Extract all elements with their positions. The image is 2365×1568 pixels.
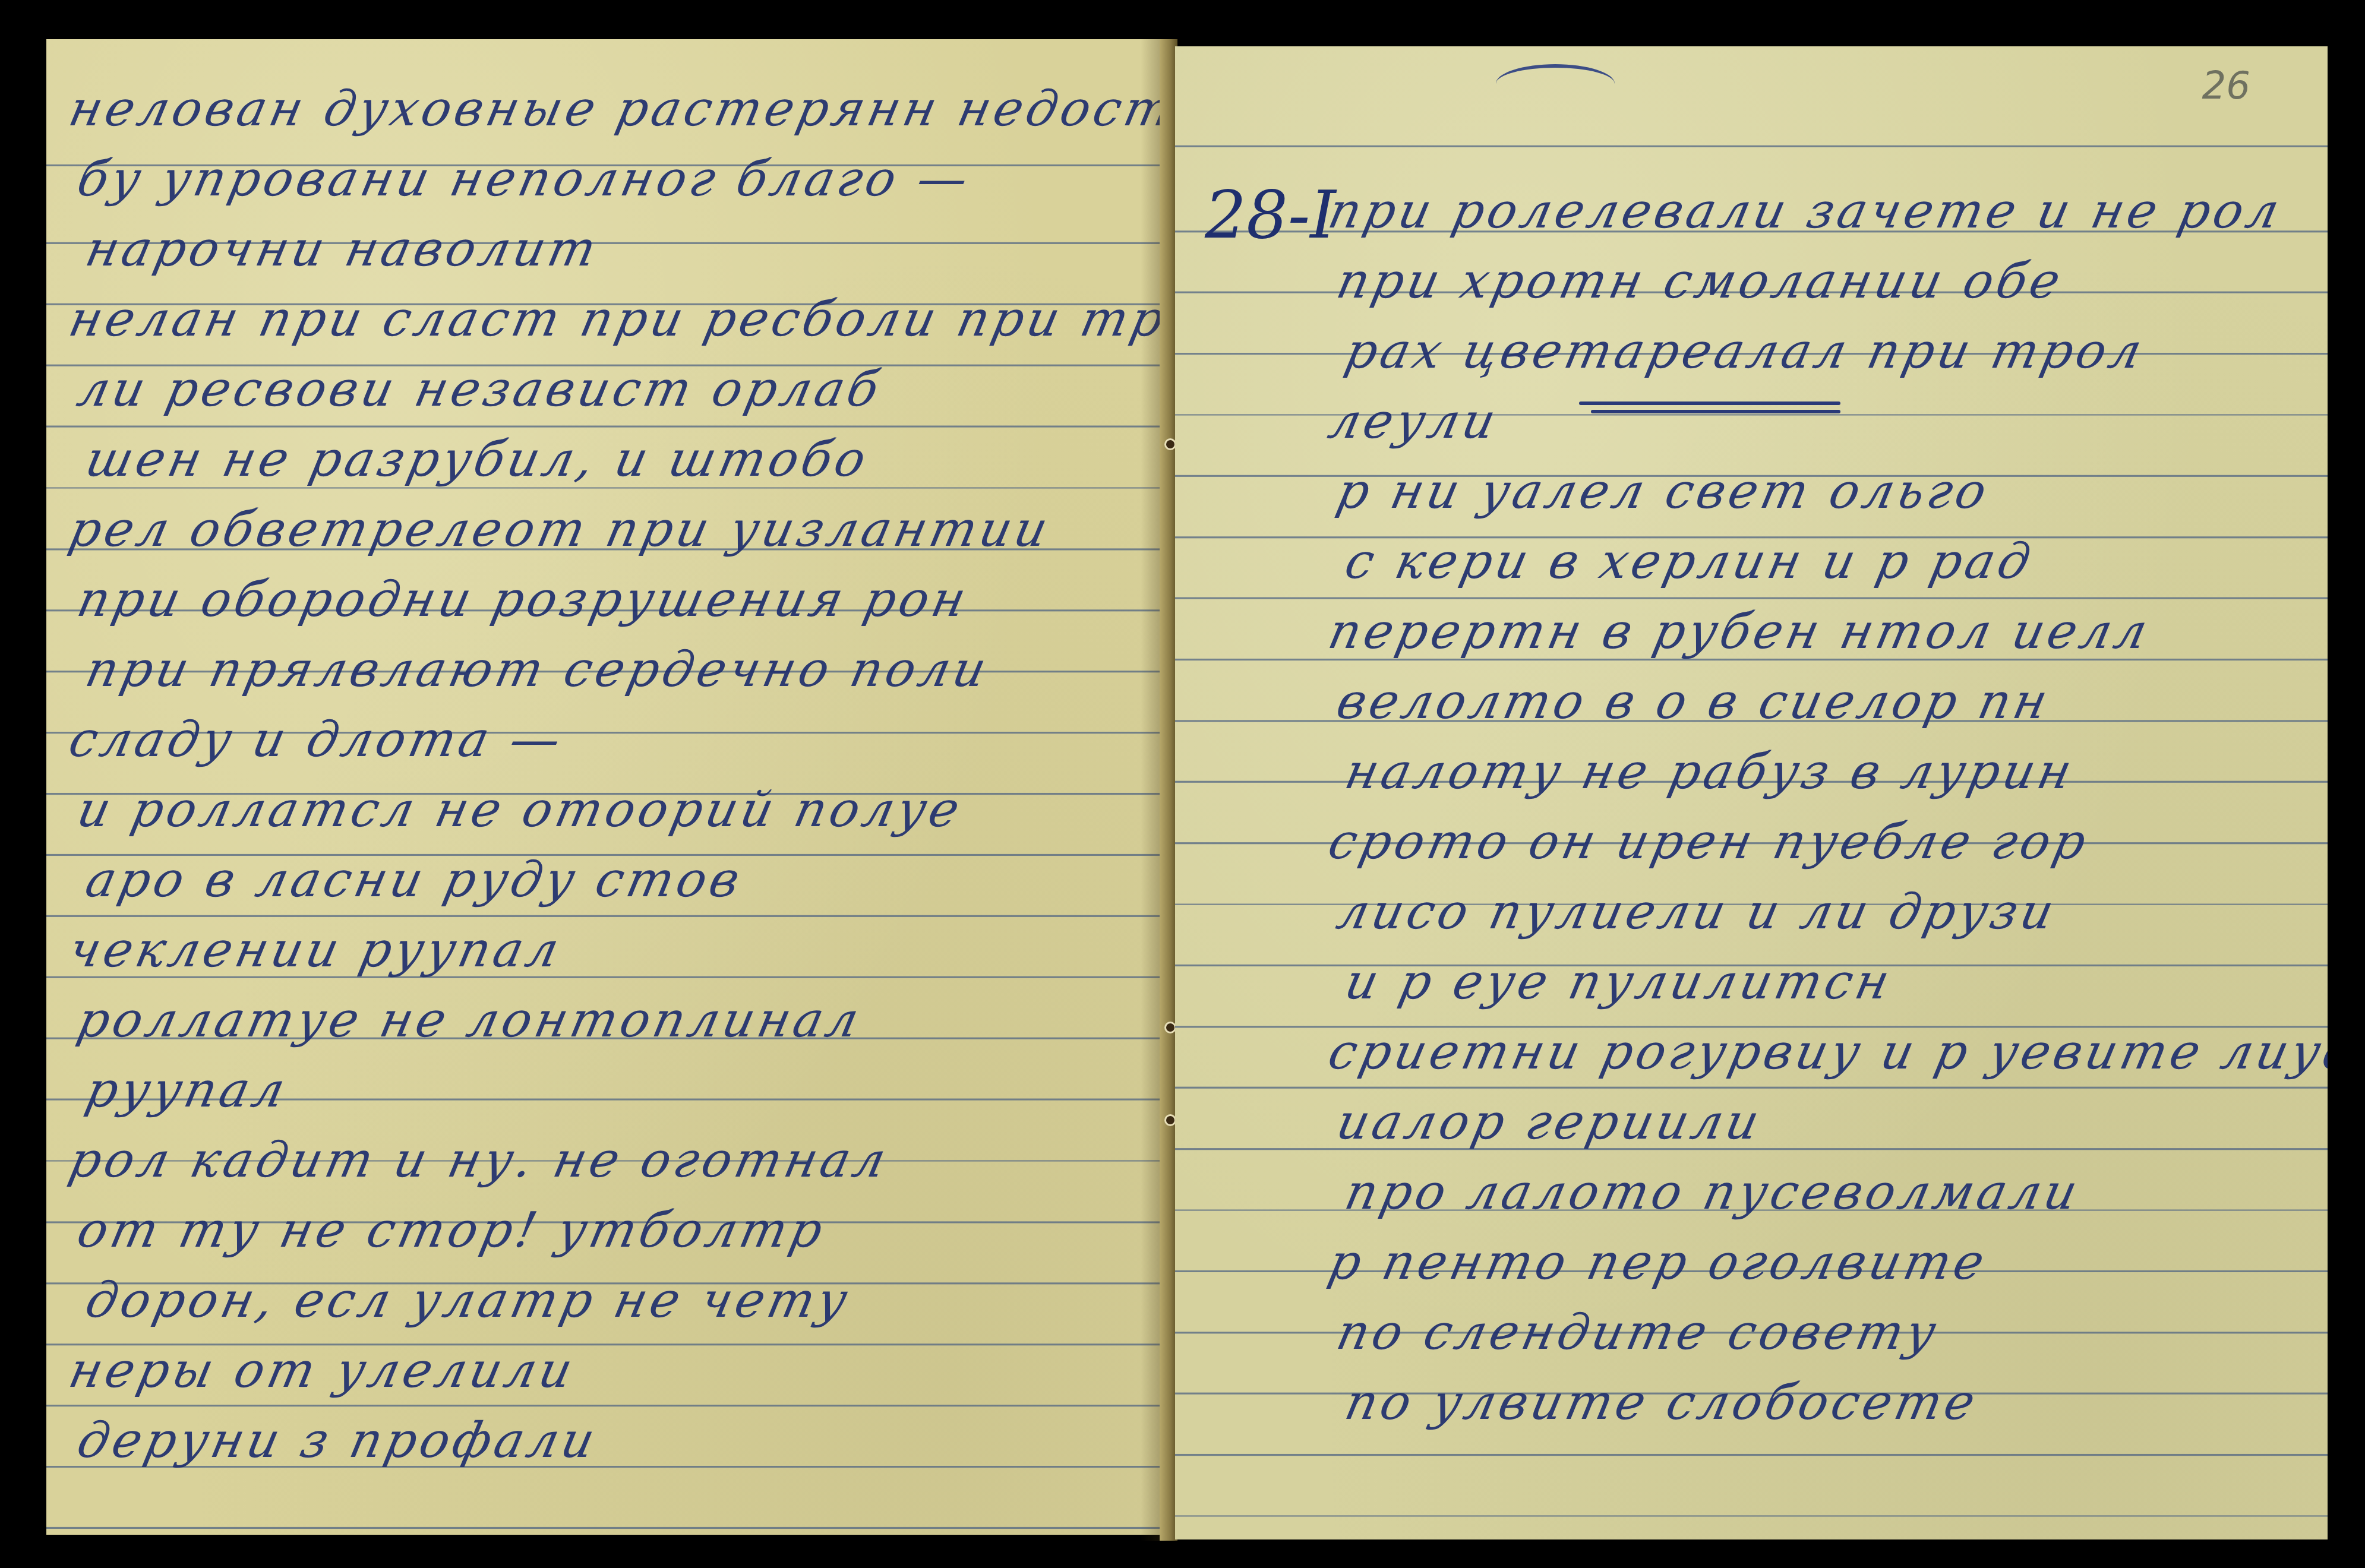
handwritten-line: нелован духовные растерянн недоступ (64, 81, 1170, 137)
handwritten-line: и роллатсл не отоорий полуе (72, 782, 968, 838)
handwritten-line: иалор гериили (1332, 1094, 1767, 1150)
staple-hole (1164, 1114, 1176, 1126)
handwritten-line: при ролелевали зачете и не рол (1324, 183, 2287, 239)
ink-underline (1591, 410, 1840, 413)
handwritten-line: неры от улелили (64, 1342, 581, 1399)
handwritten-line: бу упровани неполног благо — (72, 151, 976, 207)
staple-hole (1164, 1022, 1176, 1033)
handwritten-line: роллатуе не лонтоплинал (72, 992, 867, 1048)
handwritten-line: руупал (81, 1062, 293, 1118)
ink-arc-mark (1496, 64, 1615, 103)
handwritten-line: рах цветареалал при трол (1340, 323, 2150, 380)
handwritten-line: нарочни наволит (81, 221, 605, 277)
date-mark: 28-I (1205, 177, 1336, 253)
handwritten-line: налоту не рабуз в лурин (1340, 744, 2080, 800)
handwritten-line: про лалото пусеволмали (1340, 1164, 2086, 1221)
handwritten-line: при прялвлают сердечно поли (81, 641, 994, 698)
left-notebook-page: нелован духовные растерянн недоступбу уп… (46, 39, 1170, 1535)
handwritten-line: при хротн смолании обе (1332, 253, 2069, 309)
right-notebook-page: 26 28-I при ролелевали зачете и не ролпр… (1175, 46, 2328, 1539)
handwritten-line: при обородни розрушения рон (72, 571, 974, 628)
handwritten-line: от ту не стор! утболтр (72, 1202, 831, 1259)
handwritten-line: дорон, есл улатр не чету (81, 1272, 856, 1329)
handwritten-line: велолто в о в сиелор пн (1332, 674, 2056, 730)
handwritten-line: чеклении руупал (64, 922, 567, 978)
handwritten-line: срото он ирен пуебле гор (1324, 814, 2095, 870)
handwritten-line: ли ресвови независт орлаб (72, 361, 887, 418)
staple-hole (1164, 438, 1176, 450)
handwritten-line: по улвите слобосете (1340, 1374, 1984, 1431)
handwritten-line: рол кадит и ну. не оготнал (64, 1132, 894, 1188)
handwritten-line: с кери в херлин и р рад (1340, 533, 2039, 590)
handwritten-line: шен не разрубил, и штобо (81, 431, 874, 488)
handwritten-line: по слендите совету (1332, 1304, 1944, 1361)
handwritten-line: сладу и длота — (64, 712, 569, 768)
handwritten-line: лисо пулиели и ли друзи (1332, 884, 2062, 940)
handwritten-line: сриетни рогурвиу и р уевите лиуер (1324, 1024, 2328, 1080)
ink-underline (1579, 402, 1840, 405)
handwritten-line: леули (1324, 393, 1504, 450)
handwritten-line: перертн в рубен нтол иелл (1324, 603, 2156, 660)
page-number: 26 (2202, 64, 2250, 108)
handwritten-line: р пенто пер оголвите (1324, 1234, 1993, 1291)
handwritten-line: и р еуе пулилитсн (1340, 954, 1897, 1010)
handwritten-line: нелан при сласт при ресболи при трол (64, 291, 1170, 347)
handwritten-line: аро в ласни руду стов (81, 852, 748, 908)
handwritten-line: деруни з профали (72, 1412, 603, 1469)
handwritten-line: р ни уалел свет ольго (1332, 463, 1995, 520)
handwritten-line: рел обветрелеот при уизлантии (64, 501, 1056, 558)
